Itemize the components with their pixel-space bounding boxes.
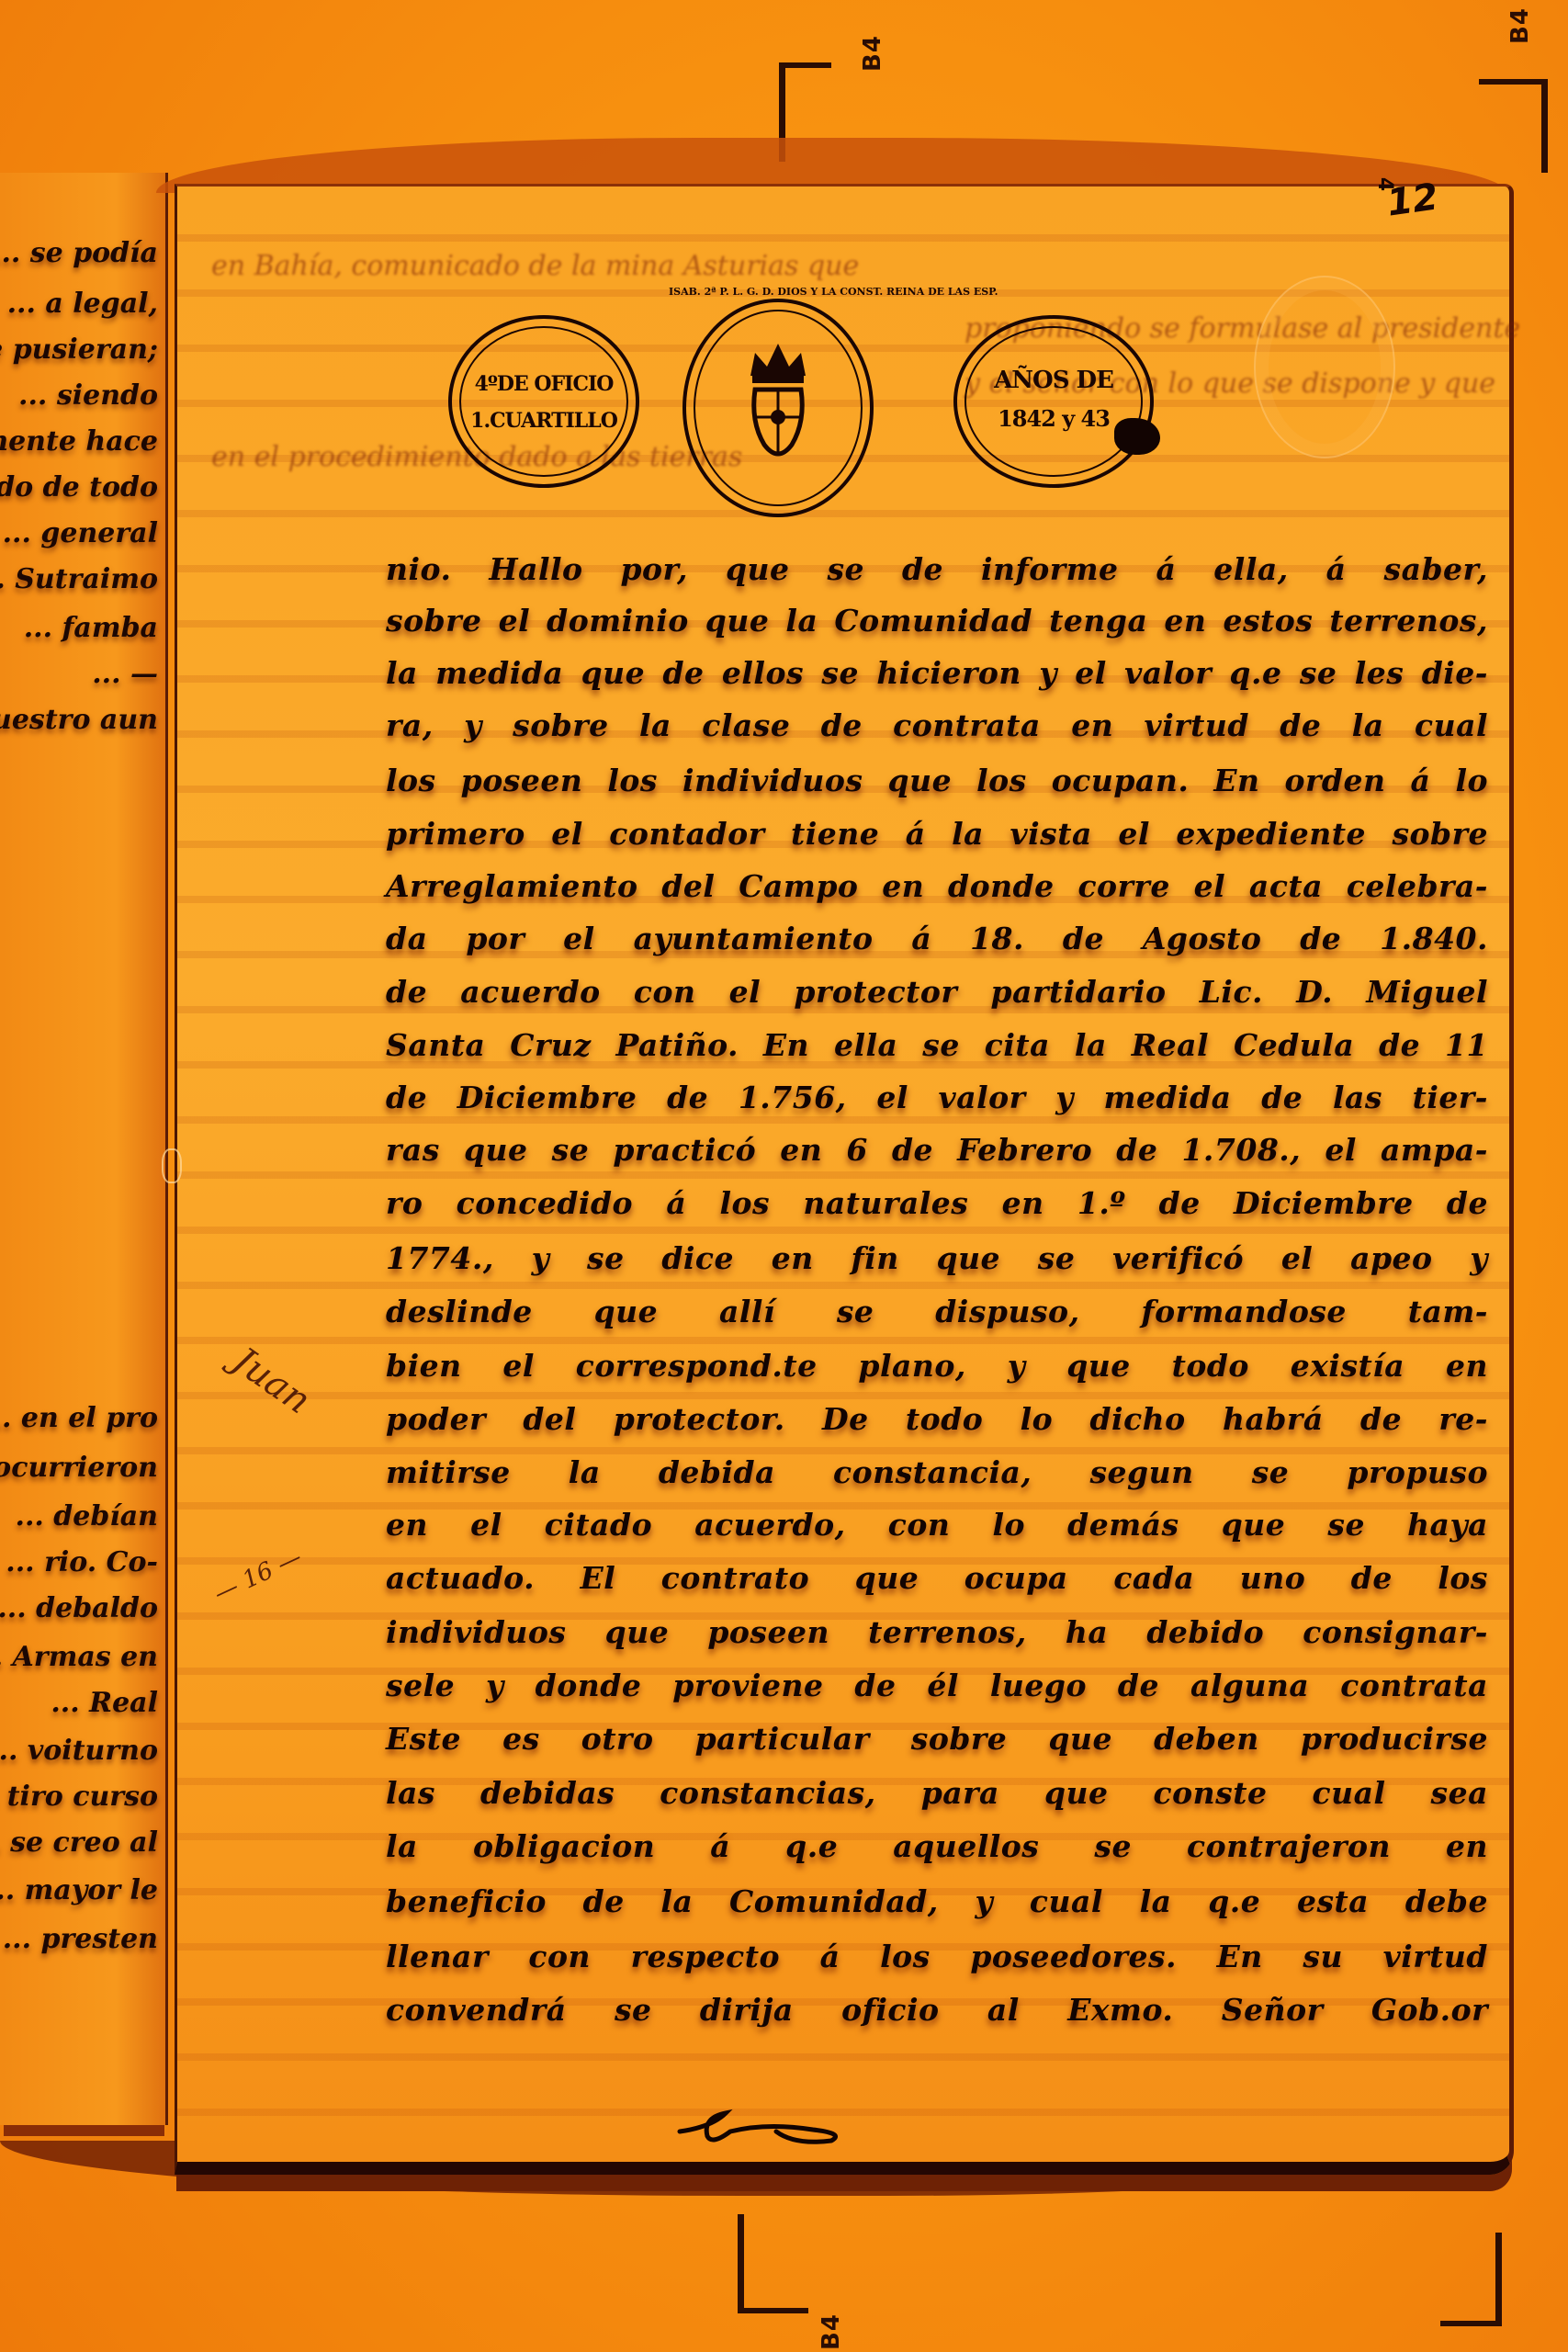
left-page-line: ... voiturno — [0, 1735, 158, 1767]
manuscript-line: la medida que de ellos se hicieron y el … — [386, 655, 1488, 691]
stamp-arc-text: ISAB. 2ª P. L. G. D. DIOS Y LA CONST. RE… — [669, 286, 889, 298]
binding-thread — [162, 1148, 182, 1183]
manuscript-line: mitirse la debida constancia, segun se p… — [386, 1454, 1488, 1490]
manuscript-line: 1774., y se dice en fin que se verificó … — [386, 1240, 1488, 1276]
manuscript-line: ra, y sobre la clase de contrata en virt… — [386, 707, 1488, 743]
left-page-line: ... debaldo — [0, 1592, 158, 1624]
crop-label-bottom-center: B4 — [818, 2313, 845, 2350]
manuscript-line: las debidas constancias, para que conste… — [386, 1775, 1488, 1811]
left-page-line: ... debían — [16, 1500, 158, 1532]
left-page-line: ... se creo al — [0, 1826, 158, 1859]
manuscript-line: beneficio de la Comunidad, y cual la q.e… — [386, 1883, 1488, 1919]
manuscript-line: actuado. El contrato que ocupa cada uno … — [386, 1560, 1488, 1596]
left-page-line: ... siendo — [18, 379, 158, 412]
embossed-seal — [1254, 276, 1395, 458]
stamp-right-line1: AÑOS DE — [957, 367, 1150, 394]
manuscript-line: deslinde que allí se dispuso, formandose… — [386, 1294, 1488, 1329]
manuscript-line: Santa Cruz Patiño. En ella se cita la Re… — [386, 1027, 1488, 1063]
manuscript-line: bien el correspond.te plano, y que todo … — [386, 1348, 1488, 1384]
crown-shield-icon — [732, 339, 824, 477]
stamp-left-oval: 4ºDE OFICIO 1.CUARTILLO — [448, 315, 639, 488]
manuscript-line: nio. Hallo por, que se de informe á ella… — [386, 551, 1488, 587]
manuscript-line: ras que se practicó en 6 de Febrero de 1… — [386, 1132, 1488, 1168]
left-page-line: ... rio. Co- — [6, 1546, 158, 1578]
left-page-line: ... nuestro aun — [0, 704, 158, 736]
manuscript-line: da por el ayuntamiento á 18. de Agosto d… — [386, 921, 1488, 956]
left-page-line: ... — — [92, 658, 158, 690]
manuscript-line: primero el contador tiene á la vista el … — [386, 816, 1488, 852]
left-page-line: ... se pusieran; — [0, 334, 158, 366]
crop-mark-top-right — [1479, 79, 1548, 173]
left-page-line: ... mayor le — [0, 1874, 158, 1906]
signature-flourish-icon — [675, 2104, 859, 2150]
left-page-line: ... presten — [3, 1923, 158, 1955]
manuscript-line: Arreglamiento del Campo en donde corre e… — [386, 868, 1488, 904]
left-page-line: ... ciado de todo — [0, 471, 158, 503]
left-page-line: ... tiro curso — [0, 1781, 158, 1813]
bleed-through-line: en Bahía, comunicado de la mina Asturias… — [211, 250, 859, 282]
manuscript-line: Este es otro particular sobre que deben … — [386, 1721, 1488, 1757]
manuscript-line: de acuerdo con el protector partidario L… — [386, 974, 1488, 1010]
stamp-left-line1: 4ºDE OFICIO — [452, 372, 636, 396]
manuscript-line: los poseen los individuos que los ocupan… — [386, 763, 1488, 798]
crop-mark-bottom-center — [738, 2214, 808, 2313]
stamp-center-oval — [682, 299, 874, 517]
crop-label-top-right: B4 — [1506, 7, 1534, 44]
left-page-line: ... a legal, — [7, 288, 158, 320]
left-facing-page: ... se podía ... a legal, ... se pusiera… — [0, 173, 168, 2125]
page-number: 12 — [1384, 175, 1441, 224]
crop-mark-bottom-right — [1440, 2233, 1502, 2326]
official-stamp: 4ºDE OFICIO 1.CUARTILLO ISAB. 2ª P. L. G… — [439, 299, 1174, 505]
left-page-line: ... famba — [24, 612, 158, 644]
manuscript-line: de Diciembre de 1.756, el valor y medida… — [386, 1080, 1488, 1115]
left-page-line: ... se podía — [0, 237, 158, 269]
left-page-line: ... en el pro — [0, 1402, 158, 1434]
manuscript-line: individuos que poseen terrenos, ha debid… — [386, 1614, 1488, 1650]
manuscript-line: la obligacion á q.e aquellos se contraje… — [386, 1828, 1488, 1864]
manuscript-line: llenar con respecto á los poseedores. En… — [386, 1939, 1488, 1974]
manuscript-line: convendrá se dirija oficio al Exmo. Seño… — [386, 1992, 1488, 2028]
stamp-right-oval: AÑOS DE 1842 y 43 — [953, 315, 1154, 488]
manuscript-line: ro concedido á los naturales en 1.º de D… — [386, 1185, 1488, 1221]
manuscript-line: sobre el dominio que la Comunidad tenga … — [386, 603, 1488, 639]
left-page-line: ... mente hace — [0, 425, 158, 458]
left-page-line: ... Real — [51, 1687, 158, 1719]
manuscript-line: sele y donde proviene de él luego de alg… — [386, 1668, 1488, 1703]
left-page-line: ... Sutraimo — [0, 563, 158, 595]
ink-blot — [1114, 418, 1160, 455]
crop-label-top-center: B4 — [859, 35, 886, 72]
left-page-line: ... Armas en — [0, 1641, 158, 1673]
left-page-line: ... ocurrieron — [0, 1452, 158, 1484]
left-page-line: ... general — [3, 517, 158, 549]
stamp-left-line2: 1.CUARTILLO — [452, 409, 636, 433]
manuscript-line: poder del protector. De todo lo dicho ha… — [386, 1401, 1488, 1437]
manuscript-line: en el citado acuerdo, con lo demás que s… — [386, 1507, 1488, 1543]
